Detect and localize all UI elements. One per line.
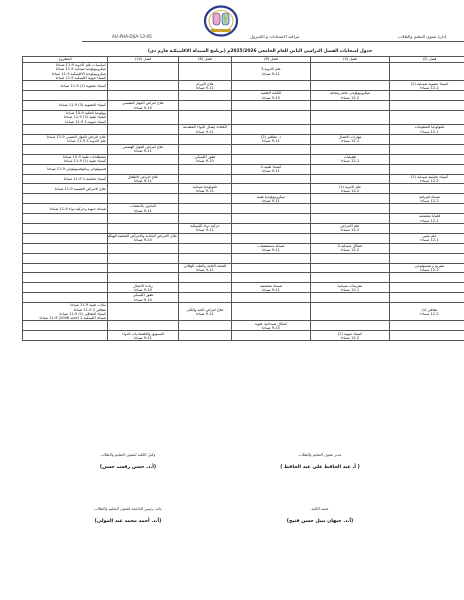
exam-cell-offered [23,283,108,293]
exam-cell-level-10: ريادة الاعمال9-10 صباحا [108,283,179,293]
exam-cell-level-6 [232,253,311,263]
exam-cell-offered: فسيولوجي وباثوفسيولوجي 9-11 صباحا [23,164,108,174]
exam-cell-level-6 [232,293,311,303]
exam-line: 9-11 صباحا [233,169,309,173]
exam-line: 9-11 صباحا [180,268,230,272]
header-control: مراقبة الامتحانات و الكنترول [250,34,299,39]
exam-line: 12-1 مساءا [312,159,388,163]
exam-cell-level-4 [311,214,390,224]
exam-line: 12-2 مساءا [391,86,464,90]
header-rule [82,41,464,42]
exam-line: 12-2 مساءا [312,189,388,193]
exam-cell-level-2 [390,253,464,263]
exam-line: 9-10 صباحا [233,326,309,330]
exam-cell-level-6: ميكروبيولوجيا طبية9-11 صباحا [232,194,311,204]
exam-line: 9-11 صباحا [109,179,177,183]
table-row: الاربعاء20/5/2026بيولوجيا الخلية 9-10 صب… [23,110,464,124]
header-doc-code: AU-PHA-DSA-13-05 [112,34,152,39]
exam-cell-offered: علاج امراض الجهاز العصبي 9-11 صباحاعلم ا… [23,134,108,144]
exam-cell-level-8 [179,174,232,184]
exam-cell-level-8: حركية دواء اكلينيكية9-11 صباحا [179,223,232,233]
exam-cell-level-10 [108,81,179,91]
signature-name: ( أ. عبد الحافظ علي عبد الحافظ ) [240,465,400,470]
exam-line: 9-11 صباحا [233,288,309,292]
exam-cell-offered: كيمياء عضوية (1) 9-11 صباحا [23,81,108,91]
exam-cell-level-8 [179,134,232,144]
exam-cell-level-6 [232,204,311,214]
exam-cell-level-8 [179,273,232,283]
exam-cell-level-8 [179,110,232,124]
exam-cell-level-8 [179,321,232,331]
exam-cell-level-10 [108,91,179,101]
exam-line: 9-11 صباحا [180,228,230,232]
table-row: الخميس18/6/2026اشكال صيدلانية علوية9-10 … [23,321,464,331]
exam-cell-level-2 [390,283,464,293]
exam-cell-level-6: الكتابة العلمية9-10 صباحا [232,91,311,101]
exam-cell-level-6 [232,101,311,111]
signature-name: (أ.د. حسن رفعت حسن) [48,465,208,470]
exam-cell-level-10 [108,303,179,321]
exam-cell-level-6: علم الادوية-39-11 صباحا [232,63,311,81]
exam-cell-level-6: صيدلة مجتمعية9-11 صباحا [232,283,311,293]
exam-cell-level-2: علم نفس12-1 مساءا [390,233,464,243]
exam-cell-level-4 [311,253,390,263]
signature-role: عميد الكلية [240,506,400,511]
exam-cell-offered [23,91,108,101]
exam-line: كيمياء العضوية (3) 9-11 صباحا [24,103,106,107]
exam-cell-level-8: تطور اكلينيكي9-10 صباحا [179,154,232,164]
exam-cell-level-6 [232,81,311,91]
signature-name: (أ.د. أحمد محمد عبد المولى) [48,519,208,524]
exam-cell-level-2: تكنولوجيا المعلومات12-1 مساءا [390,125,464,135]
exam-cell-level-2: كيمياء عضوية صيدلية (2)12-2 مساءا [390,81,464,91]
exam-cell-level-6 [232,223,311,233]
exam-cell-level-4: مهارات الاتصال12-1 مساءا [311,134,390,144]
exam-cell-level-6: اشكال صيدلانية علوية9-10 صباحا [232,321,311,331]
exam-cell-level-2 [390,331,464,341]
exam-cell-level-2 [390,273,464,283]
exam-line: 9-10 صباحا [180,159,230,163]
exam-cell-level-4 [311,263,390,273]
exam-cell-level-10 [108,253,179,263]
exam-cell-level-10 [108,63,179,81]
exam-cell-level-4 [311,321,390,331]
exam-cell-level-8 [179,194,232,204]
exam-cell-level-6 [232,184,311,194]
exam-cell-level-2 [390,204,464,214]
exam-line: 9-10 صباحا [109,106,177,110]
exam-cell-level-10 [108,184,179,194]
exam-line: 9-11 صباحا [180,130,230,134]
exam-line: 12-2 مساءا [312,228,388,232]
exam-cell-level-4 [311,164,390,174]
exam-cell-level-6 [232,233,311,243]
exam-cell-level-4: كيمياء حيوية (2)12-2 مساءا [311,331,390,341]
exam-cell-level-4 [311,81,390,91]
exam-cell-level-10: علاج امراض الجهاز التنفسي9-10 صباحا [108,101,179,111]
exam-cell-level-6 [232,154,311,164]
university-logo-icon [203,5,239,38]
signature-dean: عميد الكلية (أ.د. جيهان نبيل حسن فتيح) [240,506,400,524]
exam-line: 12-1 مساءا [391,219,464,223]
exam-cell-level-8 [179,253,232,263]
exam-cell-level-6: كيمياء طبية-29-11 صباحا [232,164,311,174]
exam-cell-level-8 [179,233,232,243]
table-row: الاربعاء3/6/2026صيدلة فيزيائية12-2 مساءا… [23,194,464,204]
table-row: الاثنين1/6/2026كيمياء تحليلية صيدلية (2)… [23,174,464,184]
exam-line: 9-10 صباحا [109,298,177,302]
table-row: الخميس4/6/2026التداوي بالاعشاب9-11 صباحا… [23,204,464,214]
exam-cell-level-8: علاج الاورام9-11 صباحا [179,81,232,91]
exam-cell-level-4 [311,125,390,135]
exam-cell-offered: مصطلحات طبية 9-10 صباحاكيمياء طبية (1) 9… [23,154,108,164]
exam-line: 9-11 صباحا [109,336,177,340]
table-row: الاحد7/6/2026علم الامراض12-2 مساءاحركية … [23,223,464,233]
exam-line: 9-10 صباحا [233,96,309,100]
exam-cell-offered: صيدلة حيوية وحركية دواء 9-11 صباحا [23,204,108,214]
exam-line: 12-2 مساءا [312,336,388,340]
exam-line: 12-1 مساءا [391,238,464,242]
exam-line: 9-11 صباحا [109,209,177,213]
exam-cell-level-6 [232,331,311,341]
exam-cell-offered: نباتات طبية 9-11 صباحاعقاقير 2 9-11 صباح… [23,303,108,321]
exam-cell-level-4: تشريعات صيدلية12-1 مساءا [311,283,390,293]
table-row: الاثنين15/6/2026تطور اكلينيكي9-10 صباحا [23,293,464,303]
exam-cell-level-10 [108,214,179,224]
exam-line: 12-1 مساءا [312,288,388,292]
exam-cell-level-2 [390,184,464,194]
exam-line: كيمياء حيوية اكلينيكية 9-11 صباحا [24,76,106,80]
exam-cell-level-4: علم الادوية (1)12-2 مساءا [311,184,390,194]
exam-line: 9-11 صباحا [180,86,230,90]
exam-cell-level-10 [108,321,179,331]
signature-name: (أ.د. جيهان نبيل حسن فتيح) [240,519,400,524]
signature-director: مدير شئون التعليم والطلاب ( أ. عبد الحاف… [240,452,400,470]
exam-cell-level-4 [311,63,390,81]
exam-line: علاج الامراض العصبية 9-11 صباحا [24,187,106,191]
table-row: الثلاثاء16/6/2026عقاقير (1)12-2 مساءاعلا… [23,303,464,321]
table-row: السبت13/6/2026 [23,273,464,283]
table-row: الاحد31/5/2026كيمياء طبية-29-11 صباحافسي… [23,164,464,174]
exam-line: 12-2 مساءا [312,248,388,252]
table-row: الخميس21/5/2026تكنولوجيا المعلومات12-1 م… [23,125,464,135]
exam-cell-level-6 [232,214,311,224]
exam-cell-offered [23,263,108,273]
exam-line: 9-10 صباحا [109,288,177,292]
exam-cell-level-10 [108,110,179,124]
exam-cell-level-2 [390,144,464,154]
exam-line: كيمياء عضوية (1) 9-11 صباحا [24,84,106,88]
exam-cell-level-2 [390,63,464,81]
exam-cell-level-8 [179,101,232,111]
exam-cell-level-8 [179,243,232,253]
exam-cell-level-2 [390,101,464,111]
exam-cell-offered [23,214,108,224]
exam-line: 9-11 صباحا [233,199,309,203]
exam-cell-level-6 [232,303,311,321]
exam-cell-offered [23,321,108,331]
exam-cell-level-6 [232,174,311,184]
exam-cell-level-2: تشريح و هستولوجي12-2 مساءا [390,263,464,273]
exam-cell-level-2 [390,154,464,164]
exam-line: صيدلة اكلينيكية-1 (لائحة 2008) 9-11 صباح… [24,316,106,320]
exam-cell-offered [23,233,108,243]
exam-cell-level-8 [179,293,232,303]
exam-line: 9-10 صباحا [109,238,177,242]
table-row: السبت٢٠/٦/٢٠٢٦كيمياء حيوية (2)12-2 مساءا… [23,331,464,341]
exam-line: 9-11 صباحا [233,139,309,143]
exam-cell-offered: بيولوجيا الخلية 9-10 صباحاكيمياء طبية (3… [23,110,108,124]
exam-cell-level-2: صيدلة فيزيائية12-2 مساءا [390,194,464,204]
exam-cell-offered [23,293,108,303]
table-row: الثلاثاء9/6/2026اشكال صيدلية-212-2 مساءا… [23,243,464,253]
exam-line: كيمياء طبية (1) 9-11 صباحا [24,159,106,163]
exam-cell-level-2 [390,293,464,303]
table-row: السبت16/5/2026علم الادوية-39-11 صباحااسا… [23,63,464,81]
exam-cell-level-10 [108,223,179,233]
exam-cell-level-4 [311,101,390,111]
exam-cell-level-8: تكنولوجيا صيدلية9-11 صباحا [179,184,232,194]
exam-cell-level-10: علاج امراض الجهاز الهضمي9-11 صباحا [108,144,179,154]
table-row: الاحد17/5/2026كيمياء عضوية صيدلية (2)12-… [23,81,464,91]
exam-cell-level-8 [179,331,232,341]
exam-cell-level-8 [179,63,232,81]
exam-cell-offered [23,273,108,283]
exam-cell-offered [23,331,108,341]
exam-line: صيدلة حيوية وحركية دواء 9-11 صباحا [24,207,106,211]
exam-cell-offered [23,144,108,154]
exam-line: 12-2 مساءا [391,199,464,203]
exam-cell-level-8: الصحة العامة والطب الوقائي9-11 صباحا [179,263,232,273]
exam-cell-offered: كيمياء تحليلية-1 9-11 صباحا [23,174,108,184]
exam-cell-level-10 [108,273,179,283]
exam-line: 9-11 صباحا [109,149,177,153]
exam-cell-offered [23,243,108,253]
exam-cell-level-8: الكفاءة إيصال الدواء المتقدمة9-11 صباحا [179,125,232,135]
exam-cell-level-10 [108,263,179,273]
exam-cell-offered [23,194,108,204]
document-title: جدول امتحانات الفصل الدراسي الثاني للعام… [110,49,410,54]
exam-cell-level-10: علاج الامراض الجلدية والامراض العضلية ال… [108,233,179,243]
exam-line: 12-2 مساءا [391,312,464,316]
table-row: الاثنين8/6/2026علم نفس12-1 مساءاعلاج الا… [23,233,464,243]
exam-cell-level-8 [179,204,232,214]
exam-cell-level-4 [311,194,390,204]
table-row: الاثنين18/5/2026ميكروبيولوجي عامة ومناعة… [23,91,464,101]
exam-cell-level-2 [390,134,464,144]
exam-cell-offered [23,125,108,135]
exam-cell-level-8 [179,164,232,174]
signature-role: وكيل الكلية لشئون التعليم والطلاب [48,452,208,457]
exam-cell-level-10 [108,194,179,204]
exam-cell-level-10: علاج امراض الاطفال9-11 صباحا [108,174,179,184]
exam-cell-level-2 [390,164,464,174]
exam-line: فسيولوجي وباثوفسيولوجي 9-11 صباحا [24,167,106,171]
exam-cell-level-4 [311,303,390,321]
signature-vice-dean: وكيل الكلية لشئون التعليم والطلاب (أ.د. … [48,452,208,470]
exam-cell-level-6 [232,263,311,273]
exam-cell-offered: علاج الامراض العصبية 9-11 صباحا [23,184,108,194]
exam-cell-level-10 [108,243,179,253]
exam-cell-level-10 [108,164,179,174]
exam-cell-level-4: ميكروبيولوجي عامة ومناعة12-2 مساءا [311,91,390,101]
document-page: إدارة شئون التعليم والطلاب مراقبة الامتح… [0,0,464,600]
exam-cell-offered: كيمياء العضوية (3) 9-11 صباحا [23,101,108,111]
exam-cell-level-8 [179,214,232,224]
exam-cell-level-4 [311,110,390,124]
exam-cell-level-4: طفيليات12-1 مساءا [311,154,390,164]
exam-cell-level-10 [108,154,179,164]
exam-line: 12-1 مساءا [312,139,388,143]
exam-cell-level-4 [311,144,390,154]
exam-line: 12-2 مساءا [312,96,388,100]
exam-cell-level-6: صيدلة مستشفيات9-11 صباحا [232,243,311,253]
exam-line: 12-1 مساءا [391,130,464,134]
exam-cell-level-10 [108,125,179,135]
exam-line: كيمياء حيوية-1 9-11 صباحا [24,120,106,124]
exam-cell-level-2: كيمياء تحليلية صيدلية (2)12-2 مساءا [390,174,464,184]
exam-cell-level-8: علاج امراض الكبد والكلى9-11 صباحا [179,303,232,321]
exam-cell-level-4 [311,233,390,243]
exam-cell-level-4 [311,174,390,184]
exam-cell-level-8 [179,144,232,154]
exam-cell-offered: اساسيات علم الادوية 9-11 صباحاميكروبيولو… [23,63,108,81]
header-department: إدارة شئون التعليم والطلاب [398,34,446,39]
table-row: الاثنين25/5/2026طفيليات12-1 مساءاتطور اك… [23,154,464,164]
signature-role: نائب رئيس الجامعة لشئون التعليم والطلاب [48,506,208,511]
table-row: الخميس11/6/2026تشريح و هستولوجي12-2 مساء… [23,263,464,273]
exam-line: 12-2 مساءا [391,268,464,272]
exam-cell-level-6 [232,144,311,154]
exam-line: 9-11 صباحا [180,312,230,316]
table-row: الاربعاء10/6/2026 [23,253,464,263]
signature-vice-president: نائب رئيس الجامعة لشئون التعليم والطلاب … [48,506,208,524]
exam-cell-level-6: د. عقاقير (2)9-11 صباحا [232,134,311,144]
exam-cell-level-4: علم الامراض12-2 مساءا [311,223,390,233]
table-row: الثلاثاء19/5/2026علاج امراض الجهاز التنف… [23,101,464,111]
exam-cell-level-2: قضايا مجتمعية12-1 مساءا [390,214,464,224]
exam-cell-level-2: عقاقير (1)12-2 مساءا [390,303,464,321]
exam-cell-level-6 [232,273,311,283]
exam-cell-level-10 [108,134,179,144]
exam-cell-level-10: تطور اكلينيكي9-10 صباحا [108,293,179,303]
exam-cell-level-8 [179,283,232,293]
table-row: السبت23/5/2026مهارات الاتصال12-1 مساءاد.… [23,134,464,144]
exam-line: علم الادوية-2 9-11 صباحا [24,139,106,143]
exam-line: كيمياء تحليلية-1 9-11 صباحا [24,177,106,181]
exam-cell-level-6 [232,125,311,135]
exam-cell-level-4 [311,204,390,214]
exam-cell-level-6 [232,110,311,124]
course-name: الكفاءة إيصال الدواء المتقدمة [180,125,230,129]
exam-cell-level-10: التداوي بالاعشاب9-11 صباحا [108,204,179,214]
exam-cell-level-2 [390,223,464,233]
exam-cell-offered [23,253,108,263]
exam-cell-level-8 [179,91,232,101]
exam-line: 12-2 مساءا [391,179,464,183]
table-row: الاحد14/6/2026تشريعات صيدلية12-1 مساءاصي… [23,283,464,293]
signature-role: مدير شئون التعليم والطلاب [240,452,400,457]
exam-cell-level-4 [311,293,390,303]
table-row: الاحد24/5/2026علاج امراض الجهاز الهضمي9-… [23,144,464,154]
exam-line: 9-11 صباحا [180,189,230,193]
table-row: الثلاثاء2/6/2026علم الادوية (1)12-2 مساء… [23,184,464,194]
table-body: السبت16/5/2026علم الادوية-39-11 صباحااسا… [23,63,464,341]
exam-cell-offered [23,223,108,233]
exam-cell-level-2 [390,110,464,124]
exam-cell-level-10: التسويق والاقتصاديات الدواء9-11 صباحا [108,331,179,341]
exam-cell-level-2 [390,91,464,101]
table-row: السبت6/6/2026قضايا مجتمعية12-1 مساءا [23,214,464,224]
exam-cell-level-2 [390,321,464,331]
exam-line: 9-11 صباحا [233,248,309,252]
exam-cell-level-4: اشكال صيدلية-212-2 مساءا [311,243,390,253]
exam-line: 9-11 صباحا [233,72,309,76]
exam-cell-level-2 [390,243,464,253]
exam-cell-level-4 [311,273,390,283]
exam-schedule-table: اليوم/التاريخ فصل (2) فصل (4) فصل (6) فص… [22,56,464,341]
